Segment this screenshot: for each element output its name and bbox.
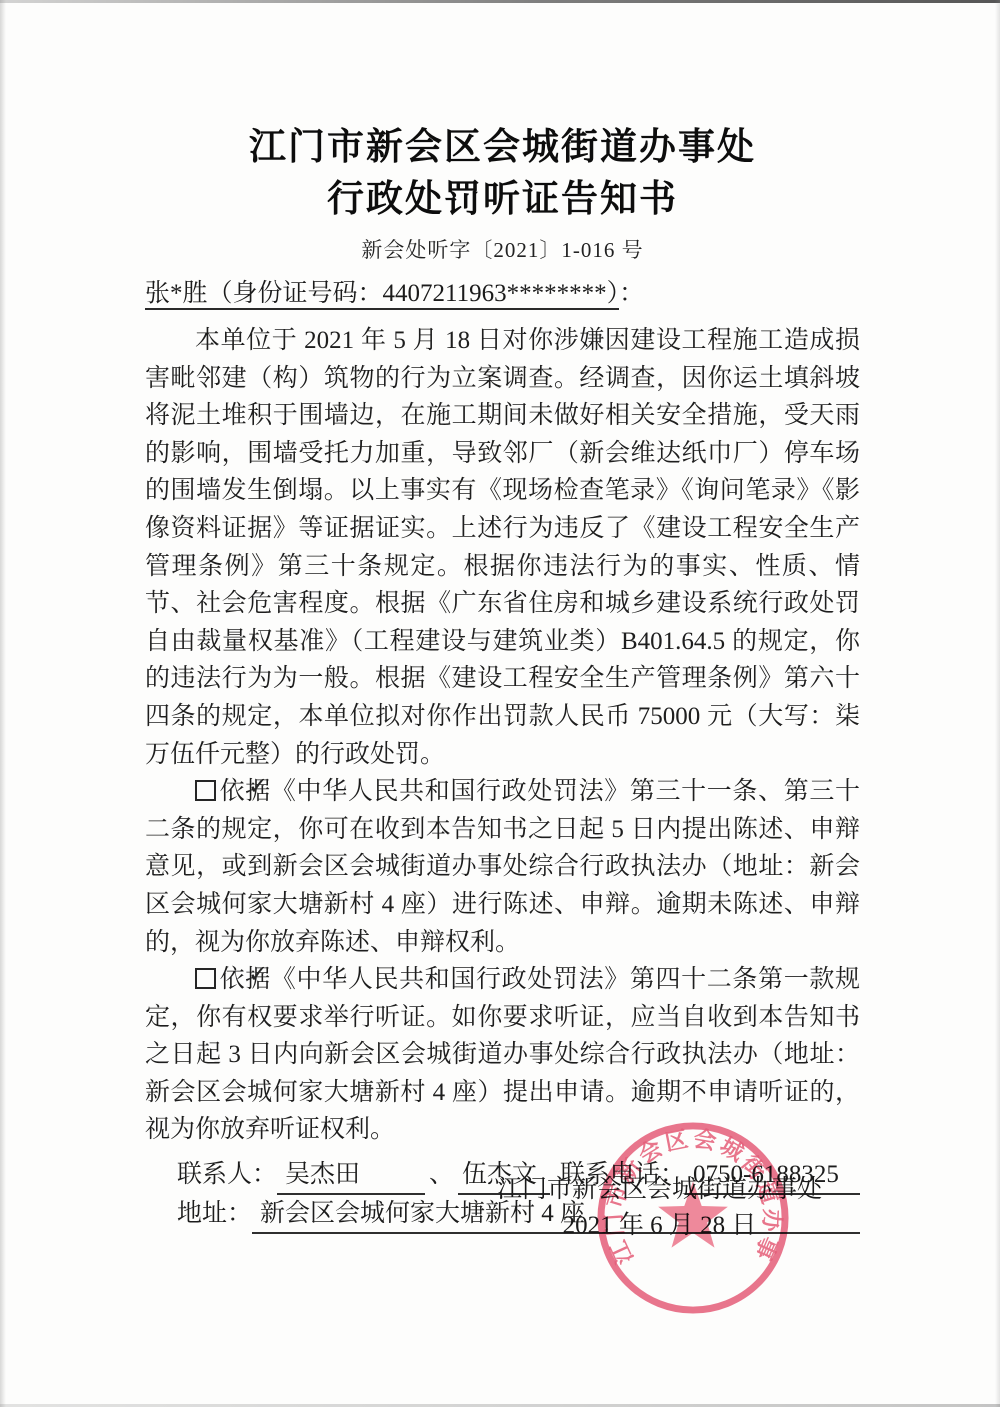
scan-edge-left <box>0 0 6 1407</box>
address-label: 地址： <box>177 1195 252 1232</box>
contact-person-1: 吴杰田 <box>277 1156 425 1195</box>
paragraph-facts: 本单位于 2021 年 5 月 18 日对你涉嫌因建设工程施工造成损害毗邻建（构… <box>145 322 860 773</box>
doc-title-line1: 江门市新会区会城街道办事处 <box>145 122 860 174</box>
document-body: 本单位于 2021 年 5 月 18 日对你涉嫌因建设工程施工造成损害毗邻建（构… <box>145 322 860 1149</box>
addressee-line: 张*胜（身份证号码：4407211963********）： <box>145 277 860 311</box>
addressee-name: 张*胜（身份证号码：4407211963********） <box>145 280 619 310</box>
paragraph-hearing-rights-text: 依据《中华人民共和国行政处罚法》第四十二条第一款规定，你有权要求举行听证。如你要… <box>145 966 860 1143</box>
doc-number: 新会处听字〔2021〕1-016 号 <box>145 234 860 264</box>
checked-checkbox-icon: ✓ <box>195 780 216 801</box>
doc-title-line2: 行政处罚听证告知书 <box>145 174 860 226</box>
official-seal: 江门市新会区会城街道办事处 <box>594 1119 792 1317</box>
scan-edge-right <box>995 0 1000 1407</box>
addressee-colon: ： <box>619 280 644 307</box>
paragraph-statement-rights: ✓依据《中华人民共和国行政处罚法》第三十一条、第三十二条的规定，你可在收到本告知… <box>145 773 860 961</box>
scan-edge-top <box>0 0 1000 3</box>
seal-star-icon <box>658 1181 728 1247</box>
paragraph-facts-text: 本单位于 2021 年 5 月 18 日对你涉嫌因建设工程施工造成损害毗邻建（构… <box>145 327 860 768</box>
document-page: 江门市新会区会城街道办事处 行政处罚听证告知书 新会处听字〔2021〕1-016… <box>0 0 1000 1407</box>
document-header: 江门市新会区会城街道办事处 行政处罚听证告知书 新会处听字〔2021〕1-016… <box>145 0 860 264</box>
paragraph-statement-rights-text: 依据《中华人民共和国行政处罚法》第三十一条、第三十二条的规定，你可在收到本告知书… <box>145 778 860 955</box>
check-mark-icon: ✓ <box>198 774 268 798</box>
contact-person-label: 联系人： <box>177 1156 277 1193</box>
checked-checkbox-icon: ✓ <box>195 968 216 989</box>
check-mark-icon: ✓ <box>198 962 268 986</box>
contact-separator: 、 <box>425 1156 458 1193</box>
